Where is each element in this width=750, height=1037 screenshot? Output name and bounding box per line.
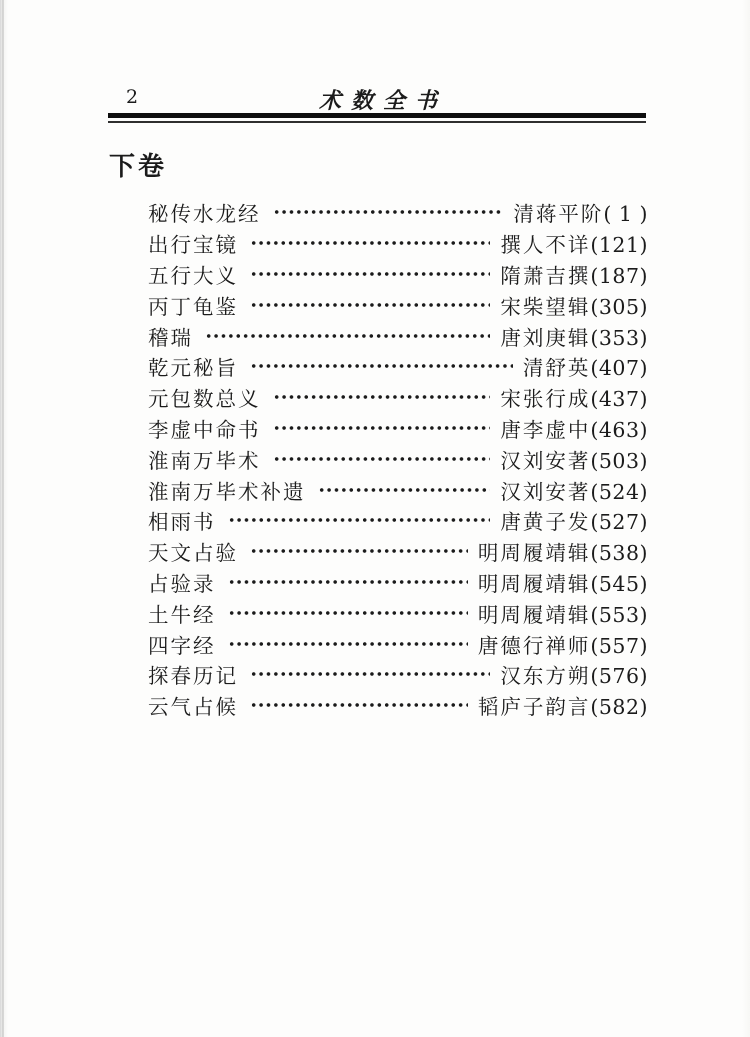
entry-page-number: (545) — [590, 572, 648, 596]
entry-author: 清舒英 — [523, 356, 591, 380]
toc-entry: 淮南万毕术补遗汉刘安著(524) — [148, 474, 648, 505]
entry-title: 天文占验 — [148, 536, 238, 566]
entry-author: 清蒋平阶 — [513, 202, 603, 226]
entry-page-number: (503) — [590, 449, 648, 473]
dot-leader — [228, 597, 468, 628]
entry-author: 汉刘安著 — [500, 480, 590, 504]
entry-title: 丙丁龟鉴 — [148, 290, 238, 320]
entry-page-number: ( 1 ) — [603, 202, 648, 226]
header-rule-thick — [108, 113, 646, 118]
toc-entry: 云气占候韬庐子韵言(582) — [148, 690, 648, 721]
entry-author-page: 明周履靖辑(553) — [478, 598, 648, 628]
toc-entry: 出行宝镜撰人不详(121) — [148, 228, 648, 259]
entry-author: 韬庐子韵言 — [478, 695, 591, 719]
dot-leader — [250, 351, 513, 382]
entry-title: 四字经 — [148, 629, 216, 659]
entry-author-page: 宋柴望辑(305) — [500, 290, 648, 320]
entry-author: 唐刘庚辑 — [500, 326, 590, 350]
toc-entry: 元包数总义宋张行成(437) — [148, 382, 648, 413]
toc-entry: 五行大义隋萧吉撰(187) — [148, 259, 648, 290]
scanned-book-page: 2 术数全书 下卷 秘传水龙经清蒋平阶( 1 )出行宝镜撰人不详(121)五行大… — [0, 0, 750, 1037]
entry-author-page: 唐刘庚辑(353) — [500, 321, 648, 351]
entry-author: 唐李虚中 — [500, 418, 590, 442]
entry-author: 汉东方朔 — [500, 664, 590, 688]
entry-title: 乾元秘旨 — [148, 351, 238, 381]
dot-leader — [250, 659, 490, 690]
entry-title: 五行大义 — [148, 259, 238, 289]
entry-page-number: (582) — [590, 695, 648, 719]
dot-leader — [250, 690, 468, 721]
toc-entry: 四字经唐德行禅师(557) — [148, 628, 648, 659]
entry-page-number: (463) — [590, 418, 648, 442]
entry-author: 宋柴望辑 — [500, 295, 590, 319]
entry-title: 淮南万毕术 — [148, 444, 261, 474]
entry-page-number: (576) — [590, 664, 648, 688]
header-rule-thin — [108, 121, 646, 123]
toc-entry: 稽瑞唐刘庚辑(353) — [148, 320, 648, 351]
entry-title: 探春历记 — [148, 659, 238, 689]
toc-entry: 天文占验明周履靖辑(538) — [148, 536, 648, 567]
entry-page-number: (557) — [590, 634, 648, 658]
entry-author: 唐德行禅师 — [478, 634, 591, 658]
entry-page-number: (538) — [590, 541, 648, 565]
entry-page-number: (407) — [590, 356, 648, 380]
toc-entry: 占验录明周履靖辑(545) — [148, 567, 648, 598]
entry-author: 明周履靖辑 — [478, 541, 591, 565]
entry-title: 秘传水龙经 — [148, 197, 261, 227]
dot-leader — [250, 536, 468, 567]
dot-leader — [228, 628, 468, 659]
entry-author: 明周履靖辑 — [478, 603, 591, 627]
dot-leader — [273, 382, 491, 413]
entry-page-number: (305) — [590, 295, 648, 319]
entry-title: 相雨书 — [148, 505, 216, 535]
toc-entry: 李虚中命书唐李虚中(463) — [148, 413, 648, 444]
entry-title: 土牛经 — [148, 598, 216, 628]
entry-title: 元包数总义 — [148, 382, 261, 412]
entry-author-page: 明周履靖辑(538) — [478, 536, 648, 566]
entry-page-number: (524) — [590, 480, 648, 504]
entry-author-page: 唐黄子发(527) — [500, 505, 648, 535]
toc-entry: 淮南万毕术汉刘安著(503) — [148, 443, 648, 474]
entry-author: 明周履靖辑 — [478, 572, 591, 596]
entry-title: 淮南万毕术补遗 — [148, 475, 306, 505]
entry-title: 李虚中命书 — [148, 413, 261, 443]
dot-leader — [228, 567, 468, 598]
toc-entry: 秘传水龙经清蒋平阶( 1 ) — [148, 197, 648, 228]
dot-leader — [250, 289, 490, 320]
dot-leader — [228, 505, 491, 536]
toc-entry: 丙丁龟鉴宋柴望辑(305) — [148, 289, 648, 320]
dot-leader — [273, 443, 491, 474]
entry-author: 隋萧吉撰 — [500, 264, 590, 288]
entry-author-page: 撰人不详(121) — [500, 228, 648, 258]
entry-title: 稽瑞 — [148, 321, 193, 351]
dot-leader — [250, 259, 490, 290]
entry-page-number: (187) — [590, 264, 648, 288]
entry-author-page: 清舒英(407) — [523, 351, 648, 381]
entry-author-page: 清蒋平阶( 1 ) — [513, 197, 648, 227]
entry-author: 汉刘安著 — [500, 449, 590, 473]
entry-author-page: 宋张行成(437) — [500, 382, 648, 412]
dot-leader — [250, 228, 490, 259]
toc-entry: 土牛经明周履靖辑(553) — [148, 597, 648, 628]
dot-leader — [273, 197, 504, 228]
entry-author-page: 明周履靖辑(545) — [478, 567, 648, 597]
entry-author-page: 汉刘安著(503) — [500, 444, 648, 474]
running-head-book-title: 术数全书 — [108, 84, 648, 115]
toc-entry: 乾元秘旨清舒英(407) — [148, 351, 648, 382]
entry-author-page: 隋萧吉撰(187) — [500, 259, 648, 289]
dot-leader — [318, 474, 491, 505]
entry-author-page: 汉东方朔(576) — [500, 659, 648, 689]
toc-entry: 探春历记汉东方朔(576) — [148, 659, 648, 690]
entry-author-page: 唐德行禅师(557) — [478, 629, 648, 659]
scan-edge-artifact — [2, 0, 4, 1037]
entry-title: 占验录 — [148, 567, 216, 597]
entry-author: 撰人不详 — [500, 233, 590, 257]
entry-page-number: (437) — [590, 387, 648, 411]
dot-leader — [273, 413, 491, 444]
entry-author: 唐黄子发 — [500, 510, 590, 534]
entry-author-page: 韬庐子韵言(582) — [478, 690, 648, 720]
entry-author: 宋张行成 — [500, 387, 590, 411]
entry-title: 云气占候 — [148, 690, 238, 720]
toc-list: 秘传水龙经清蒋平阶( 1 )出行宝镜撰人不详(121)五行大义隋萧吉撰(187)… — [148, 197, 648, 721]
entry-title: 出行宝镜 — [148, 228, 238, 258]
entry-page-number: (121) — [590, 233, 648, 257]
entry-page-number: (527) — [590, 510, 648, 534]
entry-page-number: (553) — [590, 603, 648, 627]
section-heading: 下卷 — [109, 146, 167, 183]
entry-author-page: 唐李虚中(463) — [500, 413, 648, 443]
dot-leader — [205, 320, 490, 351]
entry-page-number: (353) — [590, 326, 648, 350]
toc-entry: 相雨书唐黄子发(527) — [148, 505, 648, 536]
entry-author-page: 汉刘安著(524) — [500, 475, 648, 505]
